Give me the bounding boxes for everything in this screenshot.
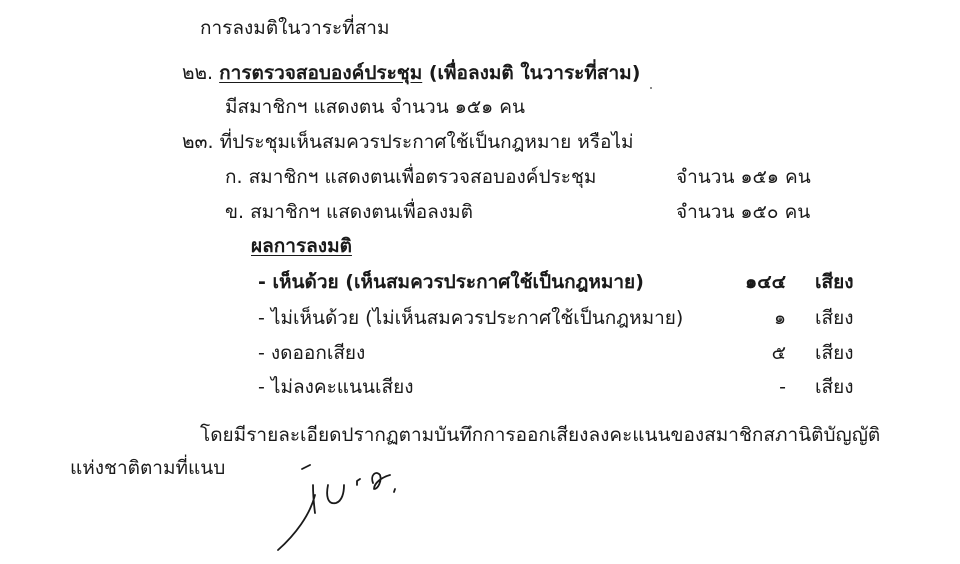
item-23-number: ๒๓.	[182, 131, 214, 153]
item-23-title-line: ๒๓. ที่ประชุมเห็นสมควรประกาศใช้เป็นกฎหมา…	[182, 129, 634, 155]
stray-dot	[650, 87, 652, 89]
item-22-title: การตรวจสอบองค์ประชุม	[219, 62, 422, 84]
result-abstain-unit: เสียง	[815, 340, 854, 366]
sub-item-a-count: จำนวน ๑๕๑ คน	[676, 164, 811, 190]
result-novote-unit: เสียง	[815, 374, 854, 400]
result-agree-value: ๑๔๔	[720, 269, 786, 295]
section-heading: การลงมติในวาระที่สาม	[200, 15, 390, 41]
result-abstain-value: ๕	[720, 340, 786, 366]
result-novote-value: -	[720, 374, 786, 400]
item-22-number: ๒๒.	[182, 62, 213, 84]
item-23-title: ที่ประชุมเห็นสมควรประกาศใช้เป็นกฎหมาย หร…	[220, 131, 634, 153]
sub-item-b-count: จำนวน ๑๕๐ คน	[676, 199, 810, 225]
item-22-title-suffix: (เพื่อลงมติ ในวาระที่สาม)	[422, 62, 640, 84]
result-disagree-label: - ไม่เห็นด้วย (ไม่เห็นสมควรประกาศใช้เป็น…	[258, 305, 683, 331]
result-abstain-label: - งดออกเสียง	[258, 340, 365, 366]
results-heading: ผลการลงมติ	[251, 233, 352, 259]
signature-icon	[270, 455, 400, 555]
item-22-title-line: ๒๒. การตรวจสอบองค์ประชุม (เพื่อลงมติ ในว…	[182, 60, 640, 86]
sub-item-a-label: ก. สมาชิกฯ แสดงตนเพื่อตรวจสอบองค์ประชุม	[225, 164, 596, 190]
closing-line-2: แห่งชาติตามที่แนบ	[70, 455, 225, 481]
sub-item-b-label: ข. สมาชิกฯ แสดงตนเพื่อลงมติ	[225, 199, 473, 225]
result-novote-label: - ไม่ลงคะแนนเสียง	[258, 374, 414, 400]
result-disagree-unit: เสียง	[815, 305, 854, 331]
result-agree-unit: เสียง	[815, 269, 854, 295]
result-agree-label: - เห็นด้วย (เห็นสมควรประกาศใช้เป็นกฎหมาย…	[258, 269, 644, 295]
closing-line-1: โดยมีรายละเอียดปรากฏตามบันทึกการออกเสียง…	[200, 422, 880, 448]
result-disagree-value: ๑	[720, 305, 786, 331]
item-22-detail: มีสมาชิกฯ แสดงตน จำนวน ๑๕๑ คน	[225, 94, 525, 120]
